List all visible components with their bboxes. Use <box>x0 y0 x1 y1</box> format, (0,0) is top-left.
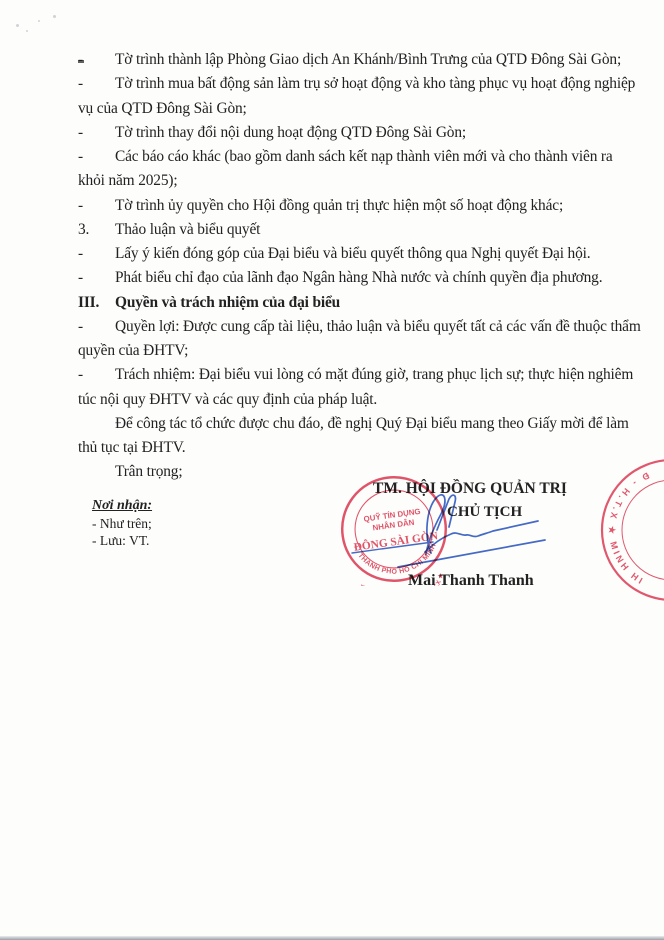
scan-speck <box>26 30 28 32</box>
doc-line: thủ tục tại ĐHTV. <box>78 436 602 460</box>
doc-line: khỏi năm 2025); <box>78 169 602 193</box>
doc-section-heading: III.Quyền và trách nhiệm của đại biểu <box>78 291 602 315</box>
scan-speck <box>16 24 19 27</box>
signature-title: CHỦ TỊCH <box>447 504 522 521</box>
doc-line: 3.Thảo luận và biểu quyết <box>78 218 602 242</box>
recipient-item: - Lưu: VT. <box>92 532 152 549</box>
signature-on-behalf: TM. HỘI ĐỒNG QUẢN TRỊ <box>373 480 567 498</box>
doc-line: quyền của ĐHTV; <box>78 339 602 363</box>
doc-line: -Trách nhiệm: Đại biểu vui lòng có mặt đ… <box>78 363 602 387</box>
document-body: -Tờ trình thành lập Phòng Giao dịch An K… <box>78 48 602 485</box>
doc-line: Để công tác tổ chức được chu đáo, đề ngh… <box>78 412 602 436</box>
page-bottom-edge-shadow <box>0 936 664 940</box>
doc-line: -Tờ trình mua bất động sản làm trụ sở ho… <box>78 72 602 96</box>
doc-line: -Lấy ý kiến đóng góp của Đại biểu và biể… <box>78 242 602 266</box>
edge-partial-stamp: Đ - H.T.X ★ MINH HI <box>596 455 664 605</box>
doc-line: -Các báo cáo khác (bao gồm danh sách kết… <box>78 145 602 169</box>
doc-line: -Tờ trình thành lập Phòng Giao dịch An K… <box>78 48 602 72</box>
doc-line: túc nội quy ĐHTV và các quy định của phá… <box>78 388 602 412</box>
scan-speck <box>38 20 40 22</box>
doc-line: -Phát biểu chỉ đạo của lãnh đạo Ngân hàn… <box>78 266 602 290</box>
recipient-item: - Như trên; <box>92 515 152 532</box>
recipients-heading: Nơi nhận: <box>92 497 152 515</box>
recipients-block: Nơi nhận: - Như trên; - Lưu: VT. <box>92 497 152 549</box>
doc-line: -Quyền lợi: Được cung cấp tài liệu, thảo… <box>78 315 602 339</box>
doc-line: -Tờ trình ủy quyền cho Hội đồng quản trị… <box>78 194 602 218</box>
signer-name: Mai Thanh Thanh <box>408 572 534 590</box>
scan-speck <box>53 15 56 18</box>
doc-line: vụ của QTD Đông Sài Gòn; <box>78 97 602 121</box>
scanned-document-page: -Tờ trình thành lập Phòng Giao dịch An K… <box>0 0 664 940</box>
doc-line: -Tờ trình thay đổi nội dung hoạt động QT… <box>78 121 602 145</box>
